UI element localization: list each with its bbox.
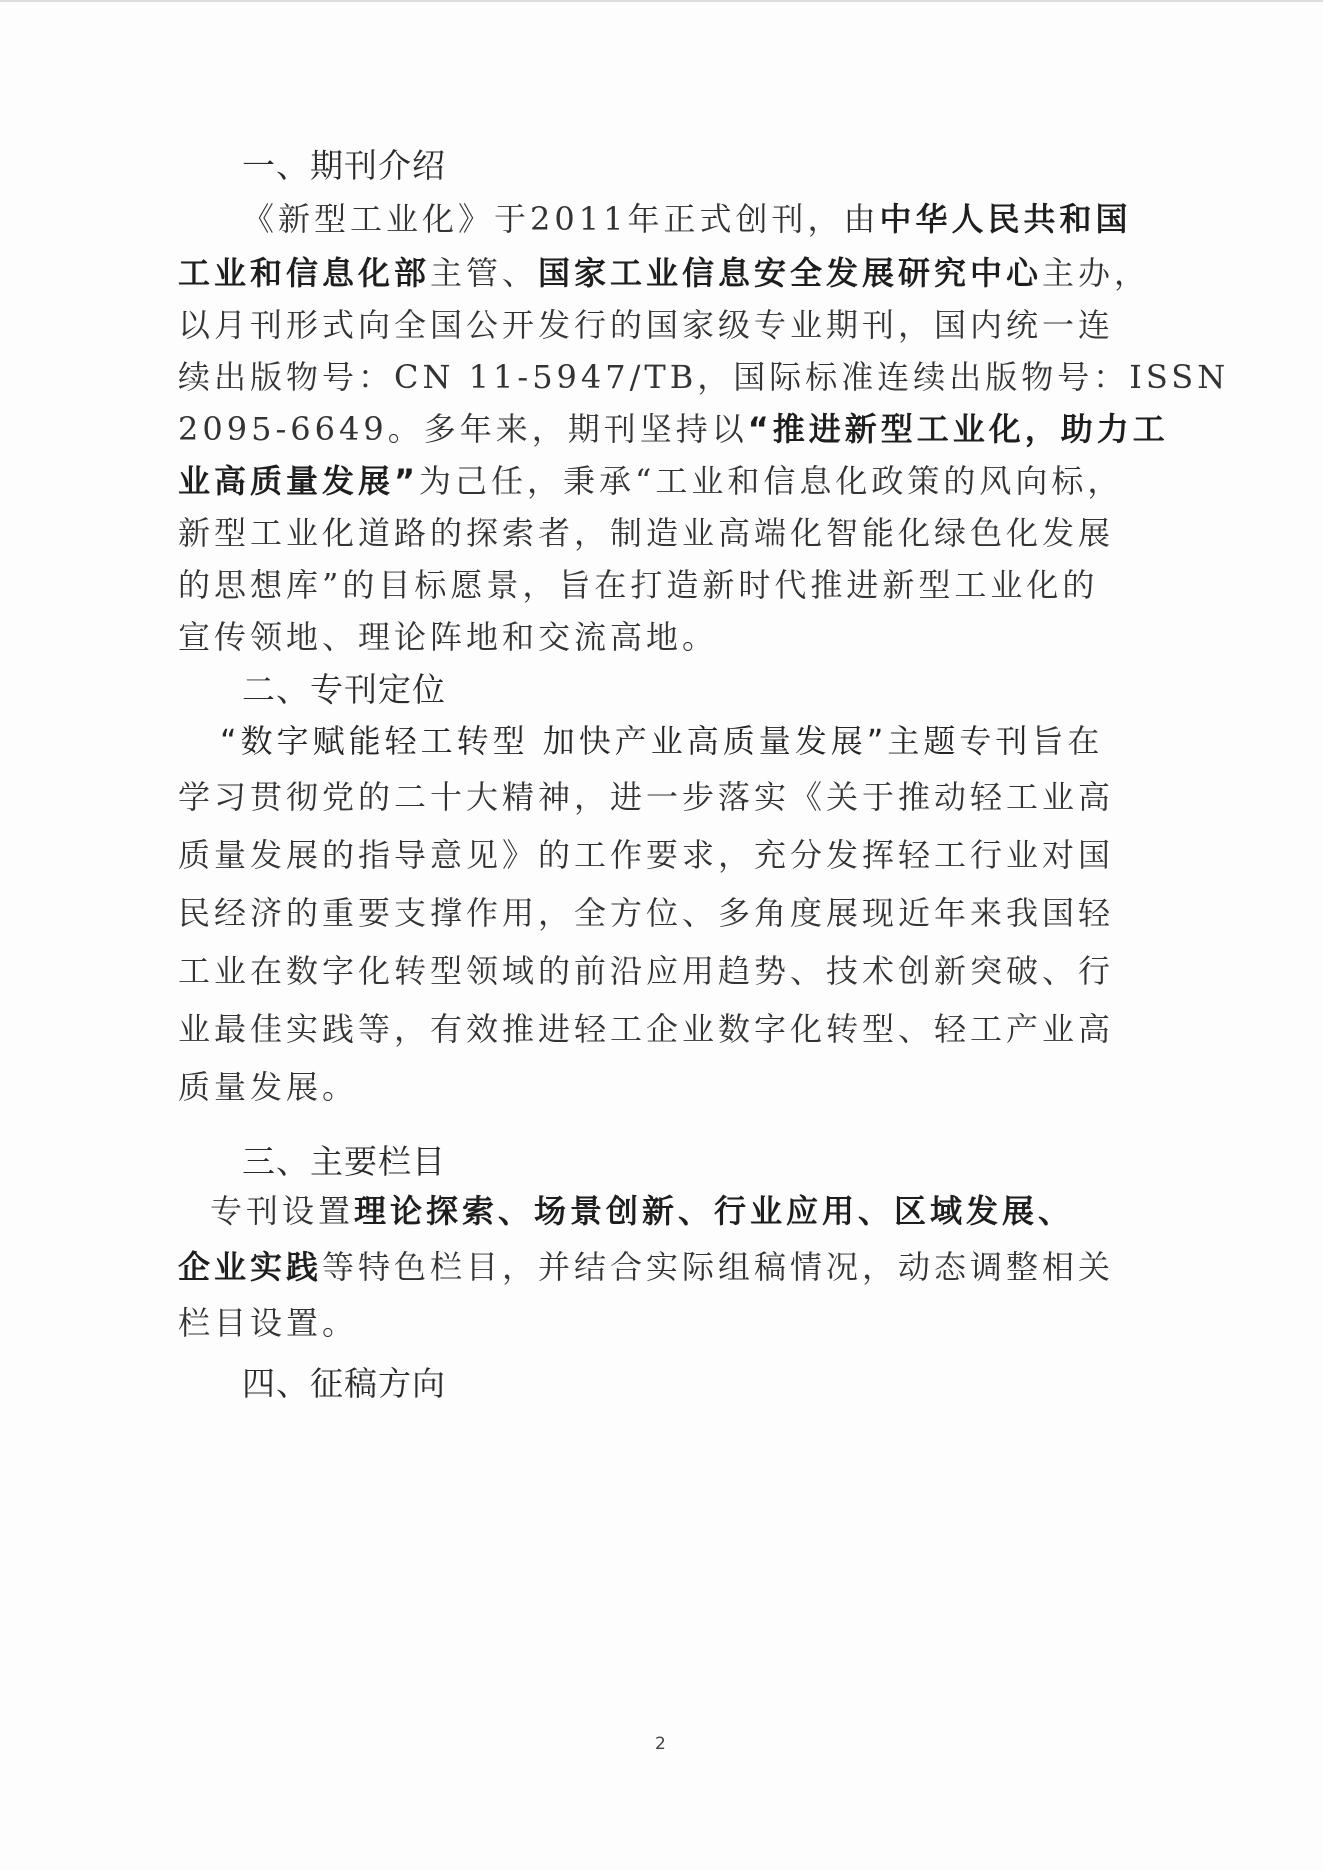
paragraph-line: 《新型工业化》于2011年正式创刊，由中华人民共和国 xyxy=(242,194,1148,240)
paragraph-line: 专刊设置理论探索、场景创新、行业应用、区域发展、 xyxy=(210,1186,1116,1232)
paragraph-line: 的思想库”的目标愿景，旨在打造新时代推进新型工业化的 xyxy=(178,560,1148,606)
paragraph-line: 续出版物号：CN 11-5947/TB，国际标准连续出版物号：ISSN xyxy=(178,352,1148,398)
paragraph-line: 学习贯彻党的二十大精神，进一步落实《关于推动轻工业高 xyxy=(178,772,1148,818)
section-heading-call-for-papers: 四、征稿方向 xyxy=(242,1358,446,1405)
section-heading-journal-intro: 一、期刊介绍 xyxy=(242,140,446,187)
paragraph-line: 业高质量发展”为己任，秉承“工业和信息化政策的风向标， xyxy=(178,456,1148,502)
paragraph-line: 宣传领地、理论阵地和交流高地。 xyxy=(178,612,1148,658)
paragraph-line: 2095-6649。多年来，期刊坚持以“推进新型工业化，助力工 xyxy=(178,404,1148,450)
section-heading-main-columns: 三、主要栏目 xyxy=(242,1136,446,1183)
paragraph-line: 工业和信息化部主管、国家工业信息安全发展研究中心主办， xyxy=(178,248,1148,294)
paragraph-line: 质量发展。 xyxy=(178,1062,1148,1108)
paragraph-line: 业最佳实践等，有效推进轻工企业数字化转型、轻工产业高 xyxy=(178,1004,1148,1050)
paragraph-line: “数字赋能轻工转型 加快产业高质量发展”主题专刊旨在 xyxy=(220,716,1126,762)
paragraph-line: 新型工业化道路的探索者，制造业高端化智能化绿色化发展 xyxy=(178,508,1148,554)
section-heading-special-issue-positioning: 二、专刊定位 xyxy=(242,664,446,711)
document-page: 一、期刊介绍 《新型工业化》于2011年正式创刊，由中华人民共和国 工业和信息化… xyxy=(0,0,1323,1870)
paragraph-line: 企业实践等特色栏目，并结合实际组稿情况，动态调整相关 xyxy=(178,1242,1148,1288)
paragraph-line: 栏目设置。 xyxy=(178,1298,1148,1344)
scan-edge xyxy=(0,0,1323,2)
paragraph-line: 质量发展的指导意见》的工作要求，充分发挥轻工行业对国 xyxy=(178,830,1148,876)
paragraph-line: 工业在数字化转型领域的前沿应用趋势、技术创新突破、行 xyxy=(178,946,1148,992)
paragraph-line: 以月刊形式向全国公开发行的国家级专业期刊，国内统一连 xyxy=(178,300,1148,346)
paragraph-line: 民经济的重要支撑作用，全方位、多角度展现近年来我国轻 xyxy=(178,888,1148,934)
page-number: 2 xyxy=(655,1734,666,1754)
